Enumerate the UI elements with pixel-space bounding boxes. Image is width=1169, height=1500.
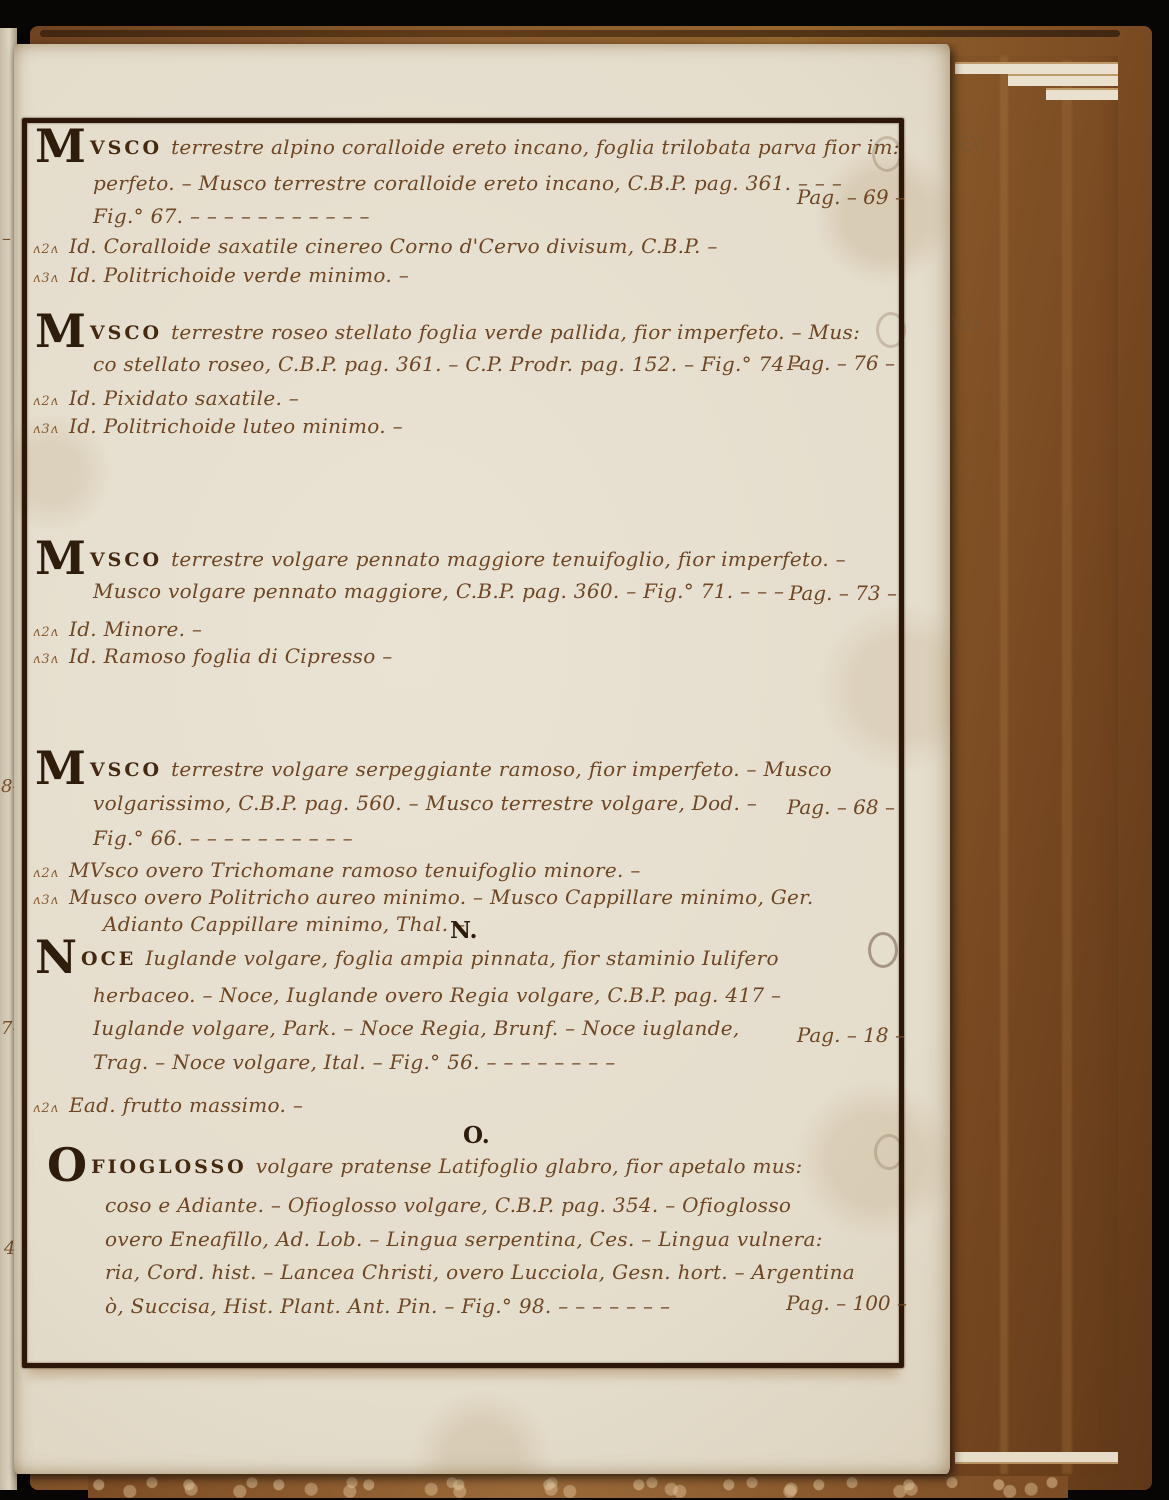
entry-text: Id. Ramoso foglia di Cipresso – [69, 644, 393, 668]
entry-text: terrestre volgare serpeggiante ramoso, f… [171, 757, 832, 781]
sub-entry-line: ʌ3ʌMusco overo Politricho aureo minimo. … [33, 884, 814, 914]
manuscript-photo: – 8– 7– 4– 65 66 MVSCOterrestre alpino c… [0, 0, 1169, 1500]
entry-line: co stellato roseo, C.B.P. pag. 361. – C.… [93, 351, 802, 377]
entry-text: Trag. – Noce volgare, Ital. – Fig.° 56. … [93, 1050, 616, 1074]
entry-text: terrestre alpino coralloide ereto incano… [171, 135, 900, 159]
leather-top-edge [40, 30, 1120, 37]
page-reference: Pag. – 100 – [786, 1291, 907, 1315]
entry-text: volgarissimo, C.B.P. pag. 560. – Musco t… [93, 791, 757, 815]
entry-line: ò, Succisa, Hist. Plant. Ant. Pin. – Fig… [105, 1293, 670, 1319]
entry-lead: VSCO [90, 322, 162, 344]
entry-text: Fig.° 67. – – – – – – – – – – – [93, 204, 370, 228]
entry-text: Iuglande volgare, Park. – Noce Regia, Br… [93, 1016, 740, 1040]
sub-entry-line: ʌ2ʌId. Pixidato saxatile. – [33, 385, 299, 415]
page-reference: Pag. – 68 – [787, 795, 895, 819]
page-reference: Pag. – 76 – [787, 351, 895, 375]
entry-line: herbaceo. – Noce, Iuglande overo Regia v… [93, 982, 781, 1008]
sub-entry-marker: ʌ2ʌ [33, 237, 69, 263]
entry-text: Adianto Cappillare minimo, Thal. – [103, 912, 465, 936]
fore-edge-page-stack [940, 56, 1118, 1476]
entry-text: Musco volgare pennato maggiore, C.B.P. p… [93, 579, 784, 603]
page-edge-stain [1062, 60, 1072, 1474]
marbled-leather-bottom [88, 1476, 1068, 1498]
entry-line: Iuglande volgare, Park. – Noce Regia, Br… [93, 1015, 740, 1041]
entry-initial: M [35, 531, 87, 585]
entry-text: Id. Pixidato saxatile. – [69, 386, 299, 410]
page-step-edge [955, 62, 1118, 74]
sub-entry-line: ʌ2ʌMVsco overo Trichomane ramoso tenuifo… [33, 857, 641, 887]
entry-text: Id. Politrichoide luteo minimo. – [69, 414, 403, 438]
sub-entry-line: ʌ2ʌId. Minore. – [33, 616, 202, 646]
entry-initial: M [35, 304, 87, 358]
entry-first-line: MVSCOterrestre roseo stellato foglia ver… [35, 318, 860, 346]
entry-initial: M [35, 741, 87, 795]
sub-entry-line: ʌ2ʌEad. frutto massimo. – [33, 1092, 303, 1122]
entry-text: co stellato roseo, C.B.P. pag. 361. – C.… [93, 352, 802, 376]
section-header-o: O. [463, 1122, 490, 1149]
entry-text: ò, Succisa, Hist. Plant. Ant. Pin. – Fig… [105, 1294, 670, 1318]
page-reference: Pag. – 73 – [789, 581, 897, 605]
entry-text: Fig.° 66. – – – – – – – – – – [93, 826, 353, 850]
entry-text: terrestre roseo stellato foglia verde pa… [171, 320, 860, 344]
entry-lead: VSCO [90, 549, 162, 571]
entry-text: Id. Politrichoide verde minimo. – [69, 263, 409, 287]
sub-entry-marker: ʌ3ʌ [33, 888, 69, 914]
entry-text: volgare pratense Latifoglio glabro, fior… [256, 1154, 803, 1178]
sub-entry-line: ʌ2ʌId. Coralloide saxatile cinereo Corno… [33, 233, 718, 263]
entry-line: ria, Cord. hist. – Lancea Christi, overo… [105, 1259, 855, 1285]
page-reference: Pag. – 18 – [797, 1023, 905, 1047]
entry-text: Ead. frutto massimo. – [69, 1093, 303, 1117]
entry-text: ria, Cord. hist. – Lancea Christi, overo… [105, 1260, 855, 1284]
entry-first-line: MVSCOterrestre volgare serpeggiante ramo… [35, 755, 832, 783]
entry-first-line: NOCEIuglande volgare, foglia ampia pinna… [35, 944, 779, 972]
sub-entry-line: ʌ3ʌId. Ramoso foglia di Cipresso – [33, 643, 393, 673]
sub-entry-marker: ʌ3ʌ [33, 417, 69, 443]
manuscript-page: 65 66 MVSCOterrestre alpino coralloide e… [14, 44, 950, 1474]
entry-line: Fig.° 66. – – – – – – – – – – [93, 825, 353, 851]
entry-line: Adianto Cappillare minimo, Thal. – [103, 911, 465, 937]
entry-text: MVsco overo Trichomane ramoso tenuifogli… [69, 858, 641, 882]
show-through-number: 66 [950, 310, 982, 339]
entry-text: overo Eneafillo, Ad. Lob. – Lingua serpe… [105, 1227, 823, 1251]
entry-initial: M [35, 119, 87, 173]
sub-entry-line: ʌ3ʌId. Politrichoide luteo minimo. – [33, 413, 403, 443]
section-header-n: N. [450, 917, 478, 944]
sub-entry-marker: ʌ3ʌ [33, 647, 69, 673]
page-step-edge-bottom [955, 1452, 1118, 1464]
entry-text: Id. Minore. – [69, 617, 202, 641]
entry-line: overo Eneafillo, Ad. Lob. – Lingua serpe… [105, 1226, 823, 1252]
entry-text: coso e Adiante. – Ofioglosso volgare, C.… [105, 1193, 791, 1217]
show-through-number: 65 [956, 130, 988, 159]
entry-initial: O [47, 1138, 88, 1192]
entry-text: perfeto. – Musco terrestre coralloide er… [93, 171, 842, 195]
entry-initial: N [35, 930, 78, 984]
sub-entry-marker: ʌ2ʌ [33, 1096, 69, 1122]
entry-first-line: OFIOGLOSSOvolgare pratense Latifoglio gl… [47, 1152, 803, 1180]
sub-entry-marker: ʌ3ʌ [33, 266, 69, 292]
sub-entry-line: ʌ3ʌId. Politrichoide verde minimo. – [33, 262, 409, 292]
page-reference: Pag. – 69 – [797, 185, 905, 209]
entry-lead: VSCO [90, 759, 162, 781]
entry-first-line: MVSCOterrestre alpino coralloide ereto i… [35, 133, 900, 161]
ink-border-frame: MVSCOterrestre alpino coralloide ereto i… [22, 118, 904, 1368]
page-step-edge [1046, 88, 1118, 100]
entry-line: Musco volgare pennato maggiore, C.B.P. p… [93, 578, 784, 604]
entry-text: terrestre volgare pennato maggiore tenui… [171, 547, 846, 571]
entry-first-line: MVSCOterrestre volgare pennato maggiore … [35, 545, 846, 573]
entry-lead: OCE [81, 948, 136, 970]
entry-text: Musco overo Politricho aureo minimo. – M… [69, 885, 814, 909]
entry-line: Fig.° 67. – – – – – – – – – – – [93, 203, 370, 229]
entry-line: perfeto. – Musco terrestre coralloide er… [93, 170, 842, 196]
text-block: MVSCOterrestre alpino coralloide ereto i… [27, 123, 899, 1363]
entry-text: herbaceo. – Noce, Iuglande overo Regia v… [93, 983, 781, 1007]
prev-page-mark: – [2, 228, 11, 249]
entry-lead: VSCO [90, 137, 162, 159]
entry-lead: FIOGLOSSO [91, 1156, 247, 1178]
entry-line: Trag. – Noce volgare, Ital. – Fig.° 56. … [93, 1049, 616, 1075]
page-edge-stain [1000, 56, 1008, 1474]
entry-text: Iuglande volgare, foglia ampia pinnata, … [145, 946, 779, 970]
page-step-edge [1008, 74, 1118, 86]
entry-line: volgarissimo, C.B.P. pag. 560. – Musco t… [93, 790, 757, 816]
entry-line: coso e Adiante. – Ofioglosso volgare, C.… [105, 1192, 791, 1218]
entry-text: Id. Coralloide saxatile cinereo Corno d'… [69, 234, 718, 258]
sub-entry-marker: ʌ2ʌ [33, 389, 69, 415]
